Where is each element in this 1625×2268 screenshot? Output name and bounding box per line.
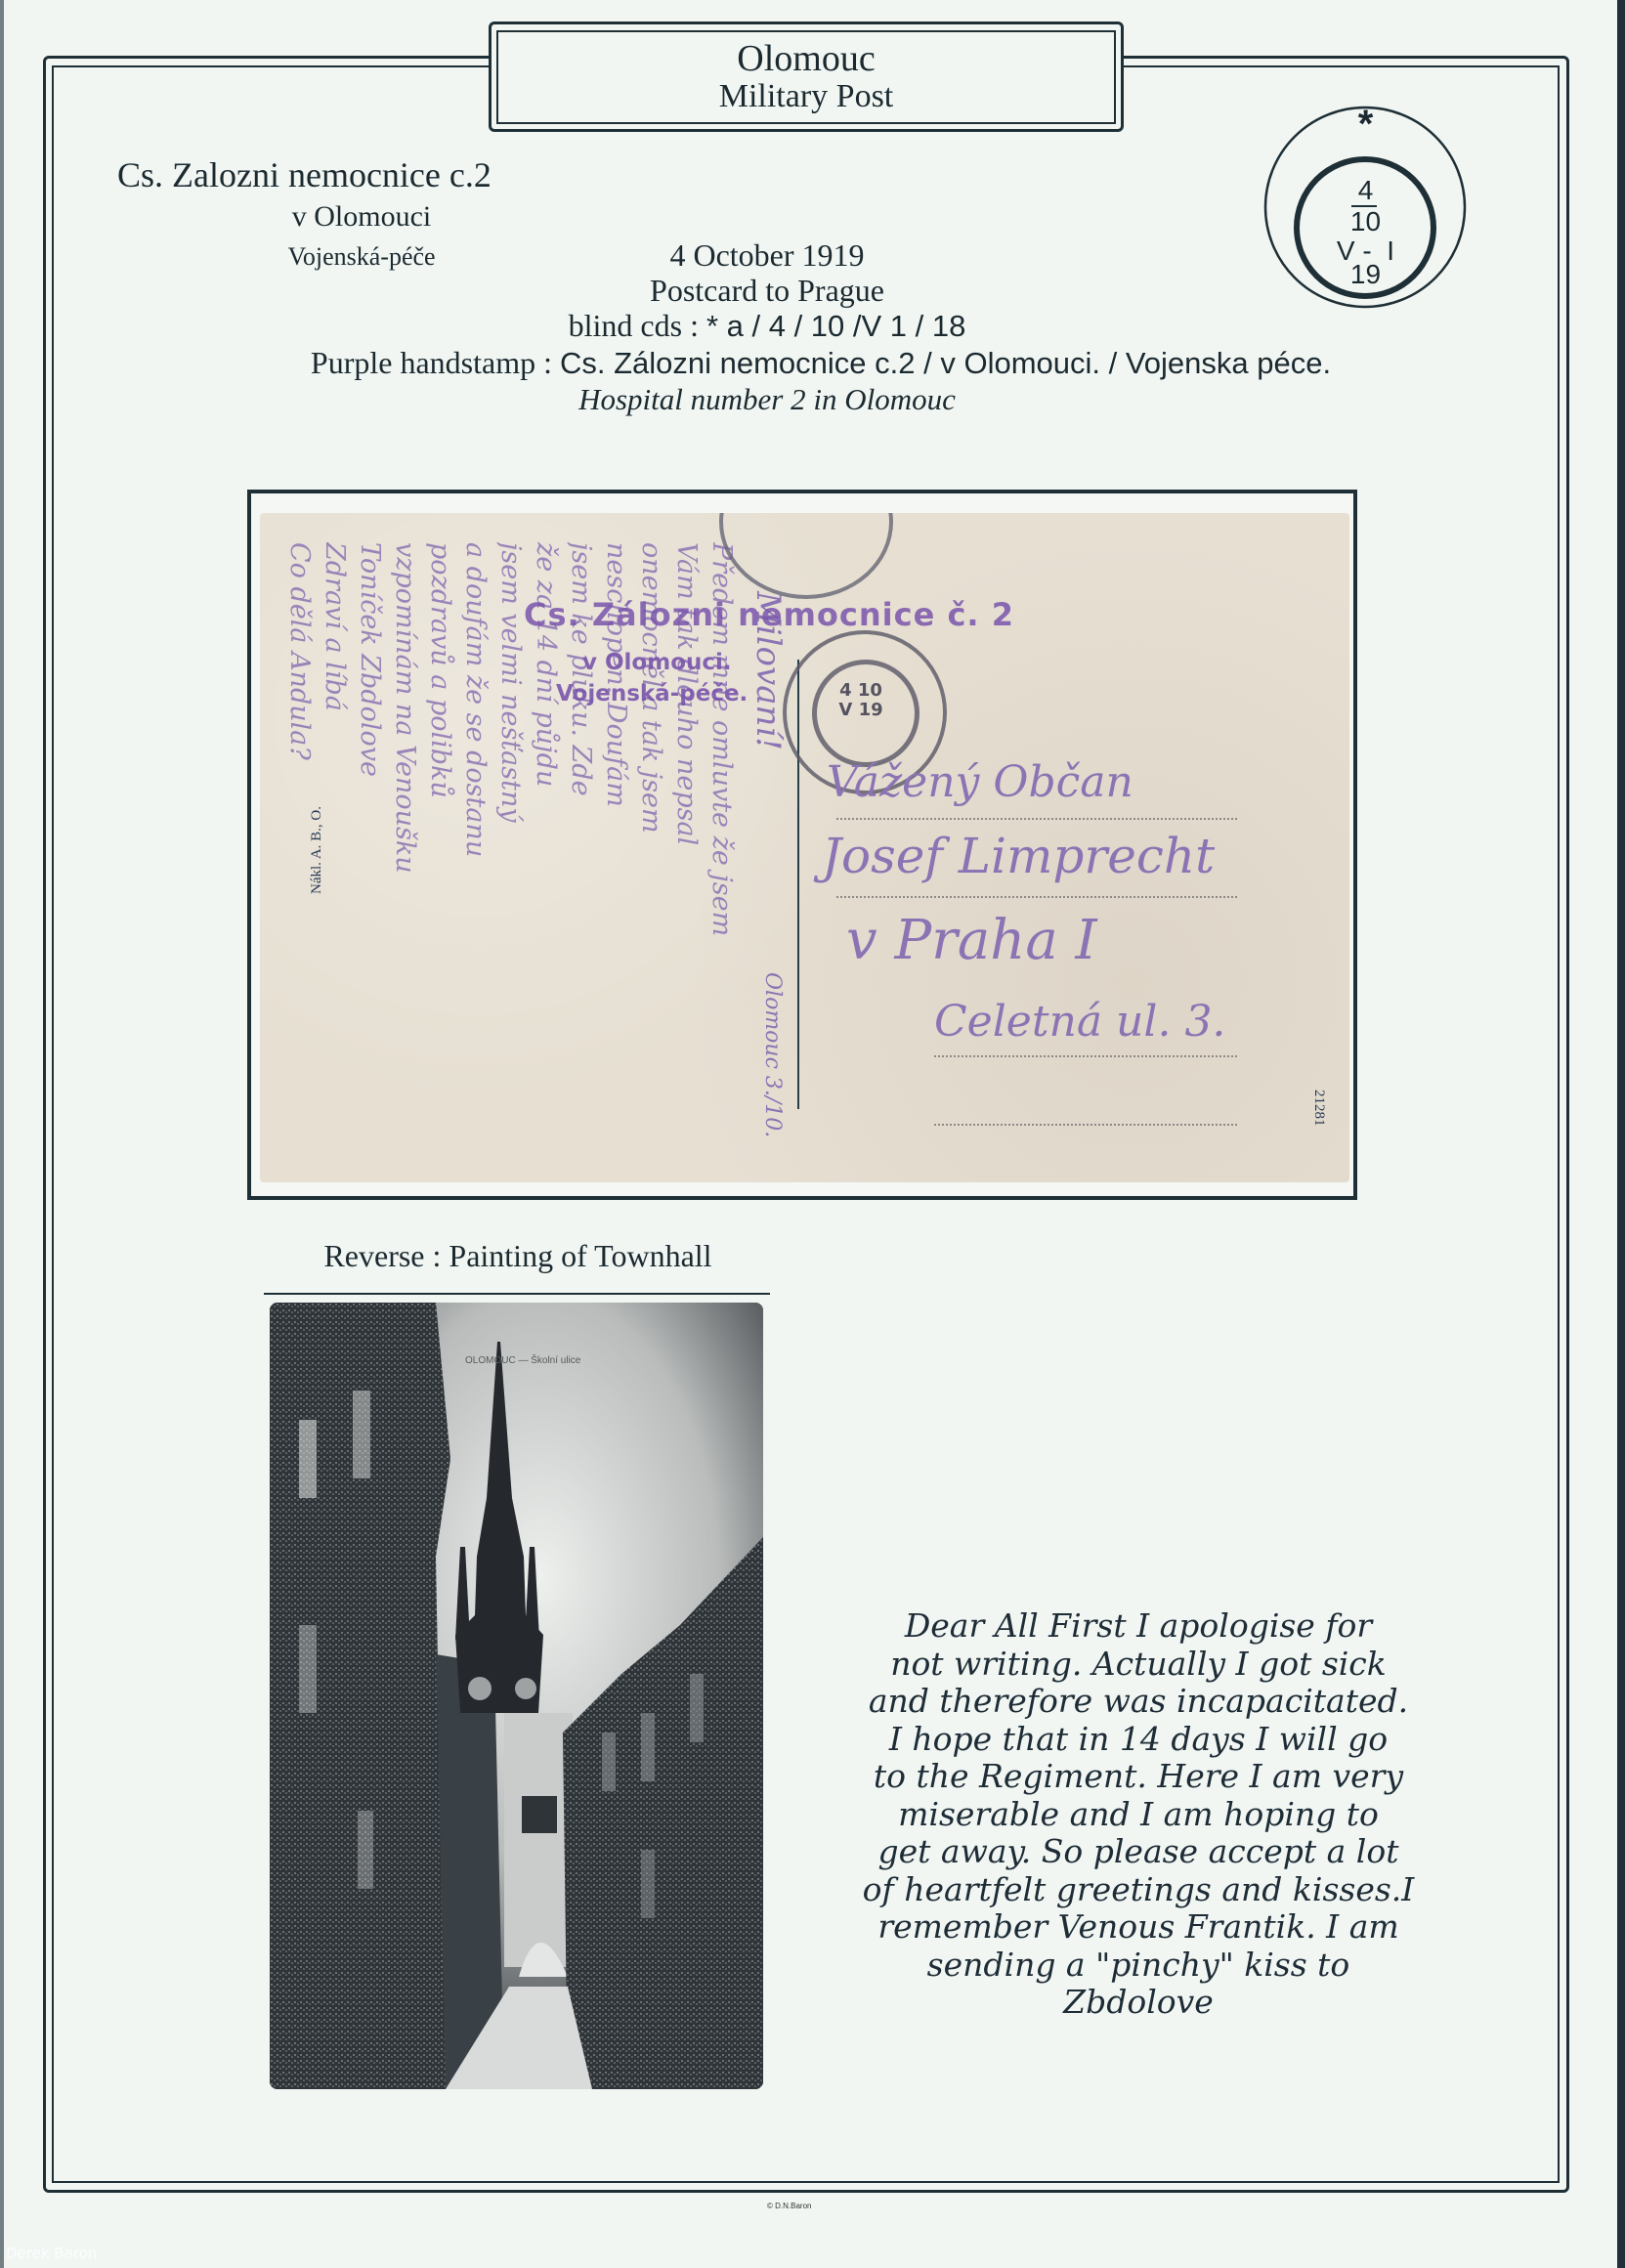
address-rule-3 bbox=[934, 1055, 1237, 1057]
message-column: Toníček Zbdolove bbox=[348, 542, 385, 1148]
message-column: Vám tak dlouho nepsal bbox=[664, 542, 702, 1148]
handstamp-line-2: v Olomouci. bbox=[582, 650, 732, 675]
postmark-drawing: * 4 10 V - I 19 bbox=[1256, 98, 1475, 318]
reverse-caption: Reverse : Painting of Townhall bbox=[264, 1238, 772, 1274]
address-rule-4 bbox=[934, 1124, 1237, 1126]
hospital-location: v Olomouci bbox=[117, 200, 606, 234]
postmark-month: 10 bbox=[1256, 208, 1475, 235]
reverse-caption-rule bbox=[264, 1293, 770, 1295]
translation-line: and therefore was incapacitated. bbox=[831, 1683, 1446, 1721]
townhall-illustration: OLOMOUC — Školní ulice bbox=[270, 1303, 763, 2089]
copyright-notice: © D.N.Baron bbox=[767, 2202, 811, 2210]
message-column: jsem ke pluku. Zde bbox=[559, 542, 596, 1148]
message-column: že za 14 dní půjdu bbox=[524, 542, 561, 1148]
handstamp-value: Cs. Zálozni nemocnice c.2 / v Olomouci. … bbox=[560, 346, 1331, 380]
translation-line: I hope that in 14 days I will go bbox=[831, 1721, 1446, 1759]
item-note: Hospital number 2 in Olomouc bbox=[29, 382, 1505, 417]
message-column: vzpomínám na Venoušku bbox=[383, 542, 420, 1148]
address-line-4: Celetná ul. 3. bbox=[934, 997, 1225, 1047]
translation-line: remember Venous Frantik. I am bbox=[831, 1908, 1446, 1947]
message-column: Co dělá Andula? bbox=[278, 542, 315, 1148]
postmark-star: * bbox=[1256, 103, 1475, 147]
page-title: Olomouc bbox=[737, 39, 875, 78]
message-column: jsem velmi nešťastný bbox=[489, 542, 526, 1148]
message-column: pozdravů a polibků bbox=[418, 542, 455, 1148]
translation-line: sending a "pinchy" kiss to bbox=[831, 1947, 1446, 1985]
postmark-text: 4 10 V 19 bbox=[832, 681, 890, 720]
message-column: onemocněl a tak jsem bbox=[629, 542, 666, 1148]
message-column: Předem mne omluvte že jsem bbox=[700, 542, 737, 1148]
translation-line: Zbdolove bbox=[831, 1984, 1446, 2022]
title-box: Olomouc Military Post bbox=[489, 21, 1124, 132]
translation-line: not writing. Actually I got sick bbox=[831, 1646, 1446, 1684]
postmark-year: 19 bbox=[1256, 261, 1475, 288]
townhall-painting: OLOMOUC — Školní ulice bbox=[270, 1303, 763, 2089]
handstamp-label: Purple handstamp : bbox=[311, 345, 560, 380]
translation-line: to the Regiment. Here I am very bbox=[831, 1758, 1446, 1796]
serial-number: 21281 bbox=[1310, 1090, 1327, 1127]
cds-label: blind cds : bbox=[569, 308, 706, 343]
page-subtitle: Military Post bbox=[719, 78, 894, 115]
address-rule-1 bbox=[836, 818, 1237, 820]
translation-line: of heartfelt greetings and kisses.I bbox=[831, 1871, 1446, 1909]
message-column: Zdraví a líbá bbox=[313, 542, 350, 1148]
postmark-day: 4 bbox=[1256, 177, 1475, 204]
message-translation: Dear All First I apologise fornot writin… bbox=[831, 1607, 1446, 2022]
scan-edge-right bbox=[1617, 0, 1625, 2268]
address-line-2: Josef Limprecht bbox=[822, 828, 1215, 884]
painting-inscription: OLOMOUC — Školní ulice bbox=[465, 1353, 581, 1366]
address-line-1: Vážený Občan bbox=[827, 757, 1133, 807]
handstamp-line-3: Vojenská-péče. bbox=[556, 681, 748, 706]
translation-line: miserable and I am hoping to bbox=[831, 1796, 1446, 1834]
handstamp-line-1: Cs. Zálozni nemocnice č. 2 bbox=[524, 596, 1014, 633]
cds-value: * a / 4 / 10 /V 1 / 18 bbox=[706, 309, 965, 343]
hospital-name: Cs. Zalozni nemocnice c.2 bbox=[117, 154, 606, 195]
message-column: neschopen. Doufám bbox=[594, 542, 631, 1148]
address-rule-2 bbox=[836, 896, 1237, 898]
scan-edge-left bbox=[0, 0, 4, 2268]
postcard-front: Nákl. A. B., O. Co dělá Andula?Zdraví a … bbox=[260, 513, 1349, 1182]
handstamp-line: Purple handstamp : Cs. Zálozni nemocnice… bbox=[137, 344, 1505, 382]
dateline: Olomouc 3./10. bbox=[760, 972, 785, 1137]
address-line-3: v Praha I bbox=[846, 909, 1097, 972]
translation-line: get away. So please accept a lot bbox=[831, 1833, 1446, 1871]
postmark-partial bbox=[719, 513, 893, 599]
message-column: a doufám že se dostanu bbox=[453, 542, 491, 1148]
translation-line: Dear All First I apologise for bbox=[831, 1607, 1446, 1646]
watermark: Derek Baron bbox=[6, 2245, 97, 2262]
title-box-inner: Olomouc Military Post bbox=[496, 30, 1116, 124]
